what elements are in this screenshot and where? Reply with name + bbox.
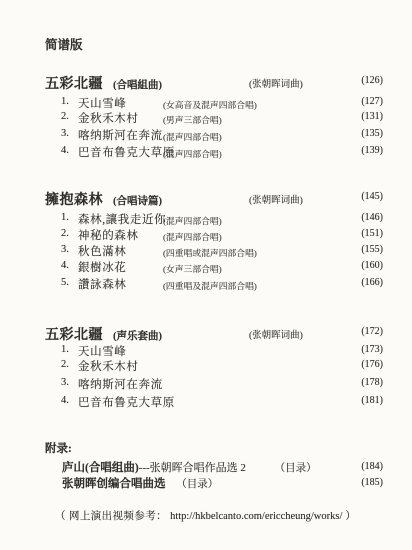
item-title: 金秋禾木村: [78, 110, 139, 126]
item-title: 讚詠森林: [78, 276, 126, 292]
section-header: 五彩北疆 (合唱組曲) (张朝晖词曲) (126): [0, 73, 412, 89]
item-page-number: (173): [361, 344, 383, 355]
item-number: 3.: [61, 377, 69, 388]
item-page-number: (166): [361, 277, 383, 288]
appendix-page-number: (185): [361, 477, 383, 488]
item-title: 神秘的森林: [78, 227, 139, 243]
toc-item-row: 2. 金秋禾木村 (176): [0, 357, 412, 373]
item-title: 銀樹冰花: [78, 259, 126, 275]
section-header: 擁抱森林 (合唱诗篇) (张朝晖词曲) (145): [0, 189, 412, 205]
item-title: 巴音布鲁克大草原: [78, 394, 175, 410]
section-title: 擁抱森林: [45, 193, 103, 208]
toc-item-row: 1. 森林,讓我走近你 (混声四部合唱) (146): [0, 210, 412, 226]
item-number: 3.: [61, 244, 69, 255]
toc-item-row: 2. 神秘的森林 (混声四部合唱) (151): [0, 226, 412, 242]
item-page-number: (181): [361, 395, 383, 406]
footnote-open: （ 网上演出视频参考：: [55, 511, 167, 522]
item-voicing: (男声三部合唱): [163, 113, 222, 126]
toc-item-row: 4. 巴音布鲁克大草原 (181): [0, 393, 412, 409]
section-page-number: (145): [361, 191, 383, 202]
item-title: 喀纳斯河在奔流: [78, 376, 163, 392]
appendix-item-row: 庐山(合唱组曲)---张朝晖合唱作品选 2 （目录） (184): [0, 459, 412, 475]
footnote-close: ）: [345, 511, 356, 522]
appendix-page-number: (184): [361, 461, 383, 472]
item-page-number: (176): [361, 359, 383, 370]
item-title: 喀纳斯河在奔流: [78, 127, 163, 143]
appendix-item-toc: （目录）: [176, 479, 218, 490]
appendix-item-toc: （目录）: [275, 463, 317, 474]
section-page-number: (126): [361, 75, 383, 86]
section-title-wrap: 五彩北疆 (合唱組曲): [45, 73, 162, 93]
item-number: 1.: [61, 344, 69, 355]
section-title: 五彩北疆: [45, 328, 103, 343]
appendix-item: 张朝晖创编合唱曲选 （目录）: [62, 475, 218, 491]
edition-label: 简谱版: [45, 35, 83, 53]
section-header: 五彩北疆 (声乐套曲) (张朝晖词曲) (172): [0, 324, 412, 340]
item-page-number: (151): [361, 228, 383, 239]
item-page-number: (155): [361, 244, 383, 255]
item-page-number: (160): [361, 260, 383, 271]
item-number: 3.: [61, 128, 69, 139]
item-page-number: (178): [361, 377, 383, 388]
item-voicing: (女声三部合唱): [163, 262, 222, 275]
section-subtitle: (合唱組曲): [113, 80, 162, 91]
item-number: 2.: [61, 111, 69, 122]
footnote: （ 网上演出视频参考： http://hkbelcanto.com/ericch…: [55, 508, 356, 523]
footnote-url: http://hkbelcanto.com/ericcheung/works/: [170, 511, 342, 522]
item-voicing: (四重唱及混声四部合唱): [163, 279, 257, 292]
item-number: 4.: [61, 260, 69, 271]
item-title: 巴音布鲁克大草原: [78, 144, 175, 160]
item-voicing: (混声四部合唱): [163, 147, 222, 160]
edition-row: 简谱版: [0, 35, 412, 51]
item-number: 4.: [61, 145, 69, 156]
section-title-wrap: 擁抱森林 (合唱诗篇): [45, 189, 162, 209]
section-credit: (张朝晖词曲): [249, 76, 303, 90]
toc-item-row: 1. 天山雪峰 (女高音及混声四部合唱) (127): [0, 94, 412, 110]
section-subtitle: (声乐套曲): [113, 331, 162, 342]
toc-item-row: 3. 喀纳斯河在奔流 (混声四部合唱) (135): [0, 126, 412, 142]
appendix-item: 庐山(合唱组曲)---张朝晖合唱作品选 2 （目录）: [62, 459, 317, 475]
section-subtitle: (合唱诗篇): [113, 196, 162, 207]
section-title: 五彩北疆: [45, 77, 103, 92]
section-page-number: (172): [361, 326, 383, 337]
item-page-number: (146): [361, 212, 383, 223]
appendix-item-row: 张朝晖创编合唱曲选 （目录） (185): [0, 475, 412, 491]
toc-item-row: 1. 天山雪峰 (173): [0, 342, 412, 358]
appendix-header-row: 附录:: [0, 440, 412, 456]
item-title: 金秋禾木村: [78, 358, 139, 374]
item-title: 秋色滿林: [78, 243, 126, 259]
toc-item-row: 4. 巴音布鲁克大草原 (混声四部合唱) (139): [0, 143, 412, 159]
footnote-row: （ 网上演出视频参考： http://hkbelcanto.com/ericch…: [0, 508, 412, 524]
toc-item-row: 3. 秋色滿林 (四重唱或混声四部合唱) (155): [0, 242, 412, 258]
item-page-number: (127): [361, 96, 383, 107]
appendix-label: 附录:: [45, 440, 72, 456]
toc-item-row: 2. 金秋禾木村 (男声三部合唱) (131): [0, 109, 412, 125]
toc-item-row: 4. 銀樹冰花 (女声三部合唱) (160): [0, 258, 412, 274]
item-number: 5.: [61, 277, 69, 288]
item-number: 1.: [61, 96, 69, 107]
appendix-item-rest: ---张朝晖合唱作品选 2: [139, 462, 246, 474]
item-number: 1.: [61, 212, 69, 223]
item-number: 2.: [61, 228, 69, 239]
item-voicing: (混声四部合唱): [163, 130, 222, 143]
item-number: 4.: [61, 395, 69, 406]
item-page-number: (131): [361, 111, 383, 122]
item-number: 2.: [61, 359, 69, 370]
toc-item-row: 5. 讚詠森林 (四重唱及混声四部合唱) (166): [0, 275, 412, 291]
item-page-number: (135): [361, 128, 383, 139]
scanned-toc-page: 简谱版 五彩北疆 (合唱組曲) (张朝晖词曲) (126) 1. 天山雪峰 (女…: [0, 0, 412, 550]
toc-item-row: 3. 喀纳斯河在奔流 (178): [0, 375, 412, 391]
appendix-item-title: 庐山(合唱组曲): [62, 462, 139, 474]
appendix-item-title: 张朝晖创编合唱曲选: [62, 478, 166, 490]
item-title: 森林,讓我走近你: [78, 211, 166, 227]
item-page-number: (139): [361, 145, 383, 156]
section-credit: (张朝晖词曲): [249, 192, 303, 206]
section-credit: (张朝晖词曲): [249, 327, 303, 341]
section-title-wrap: 五彩北疆 (声乐套曲): [45, 324, 162, 344]
